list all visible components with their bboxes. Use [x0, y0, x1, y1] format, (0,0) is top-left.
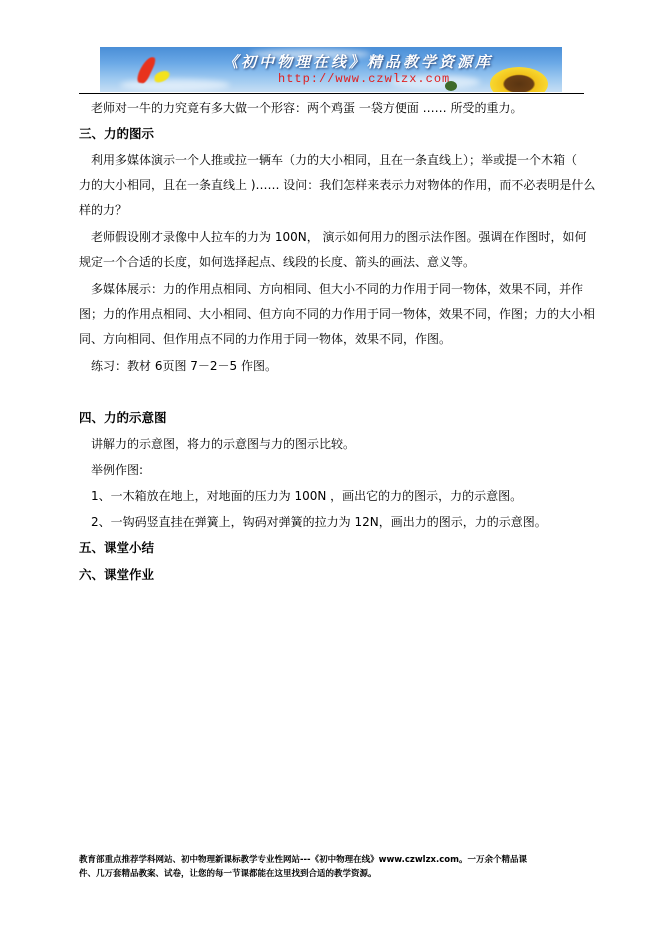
- paragraph: 老师对一牛的力究竟有多大做一个形容：两个鸡蛋 一袋方便面 …… 所受的重力。: [91, 100, 522, 116]
- page-footer: 教育部重点推荐学科网站、初中物理新课标教学专业性网站---《初中物理在线》www…: [79, 853, 589, 881]
- list-item: 1、一木箱放在地上，对地面的压力为 100N ，画出它的力的图示，力的示意图。: [91, 488, 522, 504]
- section-heading-5: 五、课堂小结: [79, 540, 154, 556]
- header-divider: [79, 93, 584, 94]
- paragraph: 规定一个合适的长度，如何选择起点、线段的长度、箭头的画法、意义等。: [79, 254, 475, 270]
- paragraph: 举例作图:: [91, 462, 143, 478]
- section-heading-4: 四、力的示意图: [79, 410, 167, 426]
- header-banner: 《初中物理在线》精品教学资源库 http://www.czwlzx.com: [100, 47, 562, 92]
- footer-line-2: 件、几万套精品教案、试卷，让您的每一节课都能在这里找到合适的教学资源。: [79, 867, 589, 881]
- paragraph: 同、方向相同、但作用点不同的力作用于同一物体，效果不同，作图。: [79, 331, 451, 347]
- paragraph: 利用多媒体演示一个人推或拉一辆车（力的大小相同，且在一条直线上）；举或提一个木箱…: [91, 152, 577, 168]
- footer-line-1: 教育部重点推荐学科网站、初中物理新课标教学专业性网站---《初中物理在线》www…: [79, 853, 589, 867]
- leaf-icon: [445, 81, 457, 91]
- paragraph: 老师假设刚才录像中人拉车的力为 100N， 演示如何用力的图示法作图。强调在作图…: [91, 229, 587, 245]
- list-item: 2、一钩码竖直挂在弹簧上，钩码对弹簧的拉力为 12N，画出力的图示，力的示意图。: [91, 514, 547, 530]
- sunflower-icon: [490, 67, 548, 92]
- banner-title: 《初中物理在线》精品教学资源库: [223, 51, 493, 72]
- paragraph: 讲解力的示意图，将力的示意图与力的图示比较。: [91, 436, 355, 452]
- section-heading-6: 六、课堂作业: [79, 567, 154, 583]
- paragraph: 练习：教材 6页图 7－2－5 作图。: [91, 358, 277, 374]
- section-heading-3: 三、力的图示: [79, 126, 154, 142]
- document-page: 《初中物理在线》精品教学资源库 http://www.czwlzx.com 老师…: [0, 0, 661, 936]
- paragraph: 多媒体展示：力的作用点相同、方向相同、但大小不同的力作用于同一物体，效果不同，并…: [91, 281, 583, 297]
- paragraph: 图；力的作用点相同、大小相同、但方向不同的力作用于同一物体，效果不同，作图；力的…: [79, 306, 595, 322]
- banner-url: http://www.czwlzx.com: [278, 72, 450, 86]
- paragraph: 力的大小相同，且在一条直线上 )…… 设问：我们怎样来表示力对物体的作用，而不必…: [79, 177, 595, 193]
- paragraph: 样的力？: [79, 202, 127, 218]
